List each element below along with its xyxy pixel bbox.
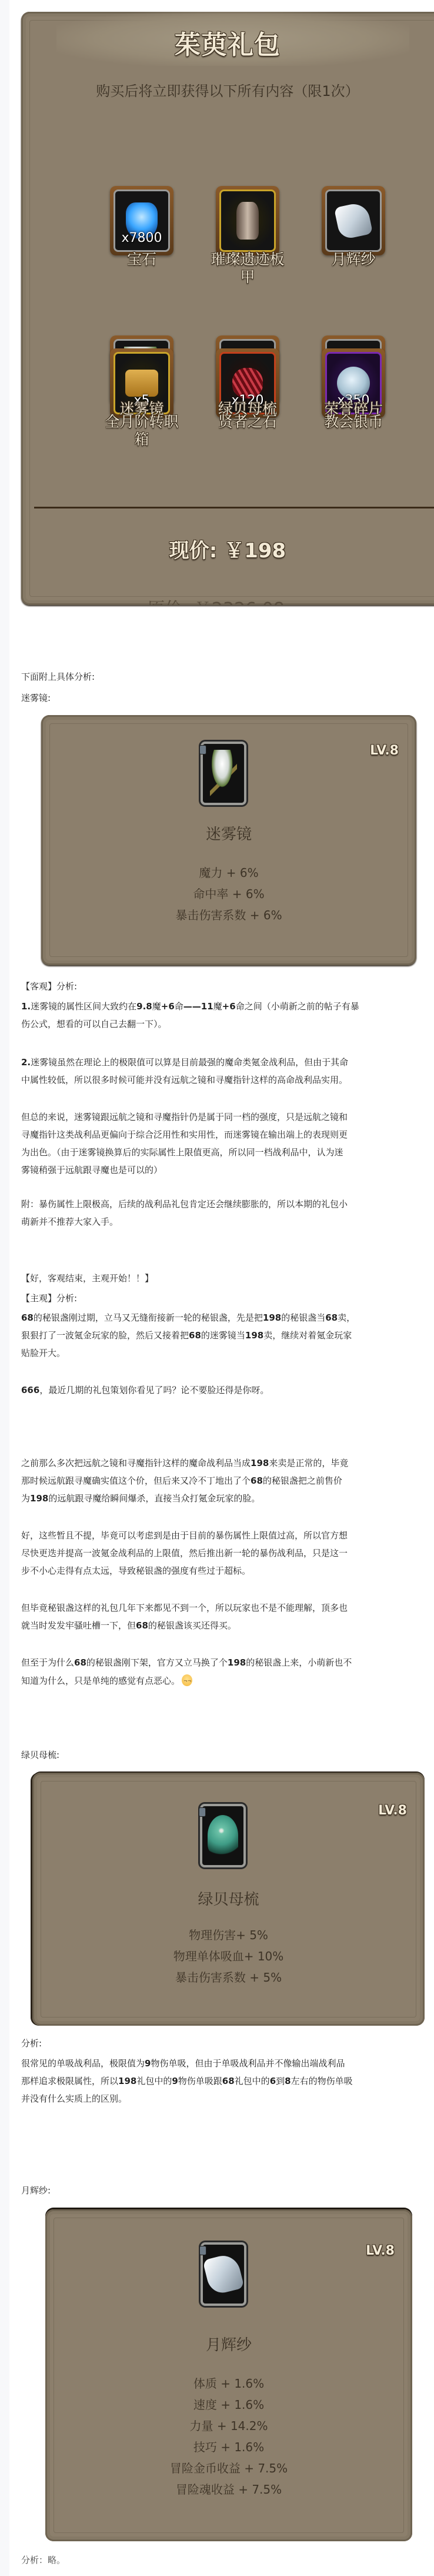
gift-item-armor[interactable]: 璀璨遗迹板甲 (203, 186, 292, 286)
paragraph-7: 之前那么多次把远航之镜和寻魔指针这样的魔命战利品当成198来卖是正常的，毕竟 那… (21, 1457, 434, 1504)
price-divider (34, 507, 434, 508)
veil-detail-card: LV.8 月辉纱 体质 + 1.6% 速度 + 1.6% 力量 + 14.2% … (45, 2209, 412, 2541)
intro-text: 下面附上具体分析: (21, 671, 434, 683)
item-name: 教会银币 (309, 413, 398, 431)
gift-item-gem[interactable]: x7800 宝石 (98, 186, 186, 268)
gift-item-class-chest[interactable]: x5 全月阶转职箱 (98, 348, 186, 448)
stat-line: 速度 + 1.6% (45, 2394, 412, 2415)
original-price-text: 原价: ￥2326.08 (147, 599, 285, 605)
item-stats: 魔力 + 6% 命中率 + 6% 暴击伤害系数 + 6% (41, 862, 416, 926)
stat-line: 魔力 + 6% (41, 862, 416, 883)
comb-analysis-heading: 分析: (21, 2037, 434, 2049)
paragraph-2: 2.迷雾镜虽然在理论上的极限值可以算是目前最强的魔命类氪金战利品，但由于其命 中… (21, 1056, 434, 1086)
moon-veil-icon (202, 2252, 244, 2296)
stat-line: 技巧 + 1.6% (45, 2437, 412, 2458)
comb-detail-card: LV.8 绿贝母梳 物理伤害+ 5% 物理单体吸血+ 10% 暴击伤害系数 + … (32, 1773, 425, 2026)
stat-line: 命中率 + 6% (41, 883, 416, 905)
item-title: 迷雾镜 (41, 822, 416, 844)
gift-title: 茱萸礼包 (21, 24, 434, 61)
item-name: 月辉纱 (309, 251, 398, 268)
paragraph-11: 很常见的单吸战利品，极限值为9物伤单吸，但由于单吸战利品并不像输出端战利品 那样… (21, 2058, 434, 2105)
item-quantity: x7800 (115, 231, 168, 245)
transition-text: 【好，客观结束，主观开始！！】 (21, 1272, 434, 1284)
mirror-icon (210, 750, 237, 797)
smirk-emoji-icon (182, 1674, 192, 1686)
paragraph-10: 但至于为什么68的秘银盏刚下架，官方又立马换了个198的秘银盏上来，小萌新也不 … (21, 1657, 434, 1686)
moon-veil-icon (334, 201, 373, 240)
stat-line: 冒险金币收益 + 7.5% (45, 2458, 412, 2479)
lock-icon (199, 2246, 206, 2255)
gift-pack-panel: 茱萸礼包 购买后将立即获得以下所有内容（限1次） x7800 宝石 璀璨遗迹板甲… (21, 12, 434, 605)
armor-icon (236, 202, 259, 240)
paragraph-5: 68的秘银盏刚过期，立马又无缝衔接新一轮的秘银盏，先是把198的秘银盏当68卖，… (21, 1312, 434, 1359)
veil-analysis: 分析：略。 (21, 2554, 434, 2566)
left-margin-strip (0, 0, 9, 2576)
mirror-item-icon (201, 742, 246, 805)
item-stats: 体质 + 1.6% 速度 + 1.6% 力量 + 14.2% 技巧 + 1.6%… (45, 2373, 412, 2500)
comb-label: 绿贝母梳: (21, 1749, 434, 1761)
gift-item-moon-veil[interactable]: 月辉纱 (309, 186, 398, 268)
level-badge: LV.8 (370, 743, 399, 758)
mirror-label: 迷雾镜: (21, 692, 434, 704)
lock-icon (199, 1807, 206, 1817)
paragraph-8: 好，这些暂且不提，毕竟可以考虑到是由于目前的暴伤属性上限值过高，所以官方想 尽快… (21, 1530, 434, 1577)
stat-line: 力量 + 14.2% (45, 2415, 412, 2437)
gift-item-sage-stone[interactable]: x120 贤者之石 (203, 348, 292, 431)
item-title: 月辉纱 (45, 2333, 412, 2355)
mirror-detail-card: LV.8 迷雾镜 魔力 + 6% 命中率 + 6% 暴击伤害系数 + 6% (41, 715, 416, 965)
stat-line: 冒险魂收益 + 7.5% (45, 2479, 412, 2500)
stat-line: 暴击伤害系数 + 5% (32, 1967, 425, 1988)
gift-subtitle: 购买后将立即获得以下所有内容（限1次） (21, 79, 434, 100)
item-name: 宝石 (98, 251, 186, 268)
objective-heading: 【客观】分析: (21, 980, 434, 992)
paragraph-3: 但总的来说，迷雾镜跟远航之镜和寻魔指针仍是属于同一档的强度，只是远航之镜和 寻魔… (21, 1111, 434, 1176)
level-badge: LV.8 (366, 2243, 395, 2258)
lock-icon (199, 745, 206, 754)
item-name: 贤者之石 (203, 413, 292, 431)
current-price: 现价: ￥198 (21, 534, 434, 563)
comb-item-icon (200, 1804, 246, 1867)
green-comb-icon (208, 1815, 238, 1856)
paragraph-6: 666，最近几期的礼包策划你看见了吗？论不要脸还得是你呀。 (21, 1384, 434, 1396)
paragraph-1: 1.迷雾镜的属性区间大致约在9.8魔+6命——11魔+6命之间（小萌新之前的帖子… (21, 1001, 434, 1030)
item-title: 绿贝母梳 (32, 1887, 425, 1909)
stat-line: 暴击伤害系数 + 6% (41, 905, 416, 926)
stat-line: 体质 + 1.6% (45, 2373, 412, 2394)
item-name: 璀璨遗迹板甲 (203, 251, 292, 286)
stat-line: 物理伤害+ 5% (32, 1924, 425, 1946)
subjective-heading: 【主观】分析: (21, 1292, 434, 1304)
stat-line: 物理单体吸血+ 10% (32, 1946, 425, 1967)
paragraph-4: 附：暴伤属性上限极高，后续的战利品礼包肯定还会继续膨胀的，所以本期的礼包小 萌新… (21, 1198, 434, 1228)
veil-label: 月辉纱: (21, 2185, 434, 2196)
veil-item-icon (201, 2242, 246, 2306)
original-price: 原价: ￥2326.08 (119, 594, 313, 605)
item-stats: 物理伤害+ 5% 物理单体吸血+ 10% 暴击伤害系数 + 5% (32, 1924, 425, 1988)
level-badge: LV.8 (378, 1803, 407, 1818)
paragraph-9: 但毕竟秘银盏这样的礼包几年下来都见不到一个，所以玩家也不是不能理解，顶多也 就当… (21, 1602, 434, 1631)
item-name: 全月阶转职箱 (98, 413, 186, 448)
gift-item-silver-coin[interactable]: x350 教会银币 (309, 348, 398, 431)
